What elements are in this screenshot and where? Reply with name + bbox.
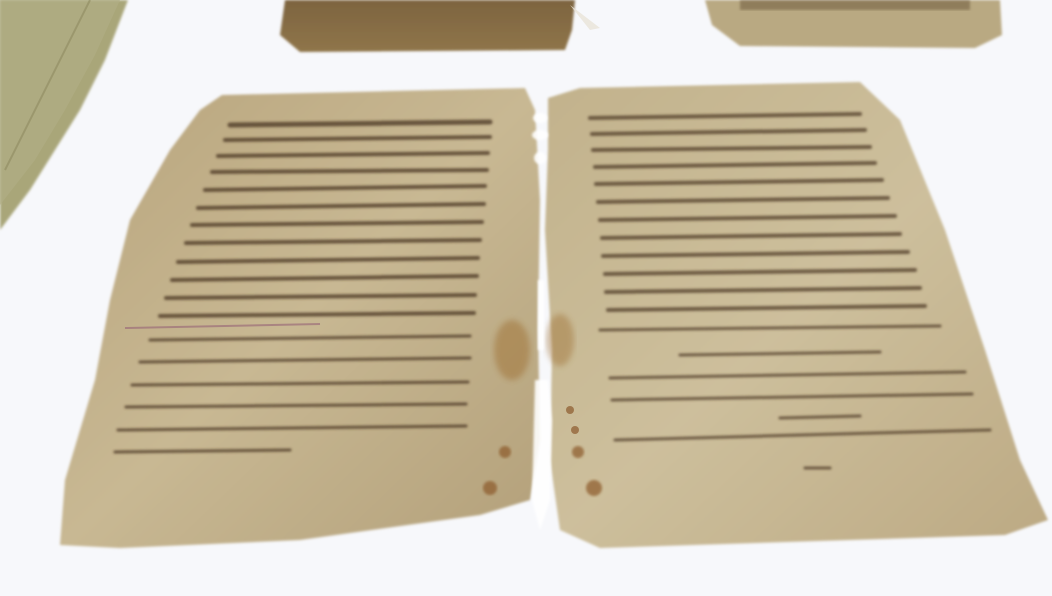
top-fragment-right (705, 0, 1002, 48)
photo-canvas (0, 0, 1052, 596)
top-fragment-center (280, 0, 600, 52)
right-leaf (545, 82, 1048, 548)
left-leaf (60, 88, 540, 548)
left-fragment (0, 0, 128, 230)
manuscript-photo: Photograph of an old, stained manuscript… (0, 0, 1052, 596)
